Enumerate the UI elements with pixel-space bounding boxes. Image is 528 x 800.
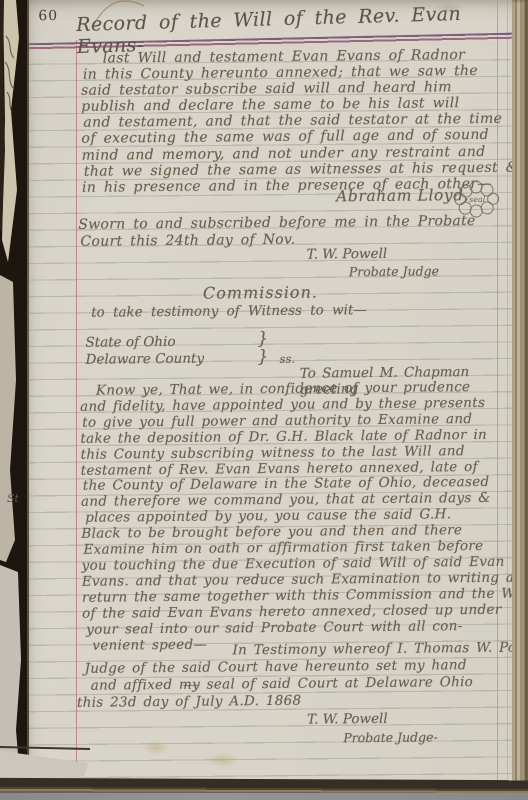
- torn-page-stubs: St: [0, 0, 29, 800]
- commission-subheading: to take testimony of Witness to wit—: [91, 302, 367, 321]
- manuscript-line: this 23d day of July A.D. 1868: [77, 690, 528, 712]
- page-edge: [27, 0, 29, 792]
- venue-ss: ss.: [280, 352, 296, 366]
- jurat-paragraph: Sworn to and subscribed before me in the…: [78, 213, 476, 250]
- book-page-edges: [512, 0, 528, 796]
- manuscript-text: 60 Record of the Will of the Rev. Evan E…: [20, 0, 518, 794]
- judge-title: Probate Judge: [349, 263, 439, 279]
- ledger-photo: 60 Record of the Will of the Rev. Evan E…: [0, 0, 528, 800]
- page-number: 60: [38, 8, 58, 24]
- testimonium-paragraph: In Testimony whereof I. Thomas W. Powell…: [82, 639, 528, 711]
- venue-brace-icon: }: [258, 347, 269, 367]
- manuscript-line: Court this 24th day of Nov.: [80, 230, 475, 250]
- commission-heading: Commission.: [203, 283, 318, 303]
- seal-label: seal: [469, 195, 486, 204]
- judge-signature: T. W. Powell: [307, 246, 388, 263]
- venue-state: State of Ohio: [85, 334, 175, 351]
- manuscript-line: In Testimony whereof I. Thomas W. Powell: [232, 639, 528, 659]
- witness-signature: Abraham Lloyd,: [336, 186, 469, 205]
- attestation-paragraph: last Will and testament Evan Evans of Ra…: [81, 47, 519, 196]
- judge-signature-final: T. W. Powell: [307, 711, 388, 728]
- judge-title-final: Probate Judge-: [343, 729, 438, 745]
- table-surface: [0, 793, 528, 800]
- ledger-page: 60 Record of the Will of the Rev. Evan E…: [24, 0, 514, 792]
- venue-county: Delaware County: [86, 351, 205, 368]
- stub-text: St: [7, 492, 20, 505]
- book-gutter: St: [0, 0, 29, 800]
- commission-body: Know ye, That we, in confidence of your …: [80, 379, 528, 654]
